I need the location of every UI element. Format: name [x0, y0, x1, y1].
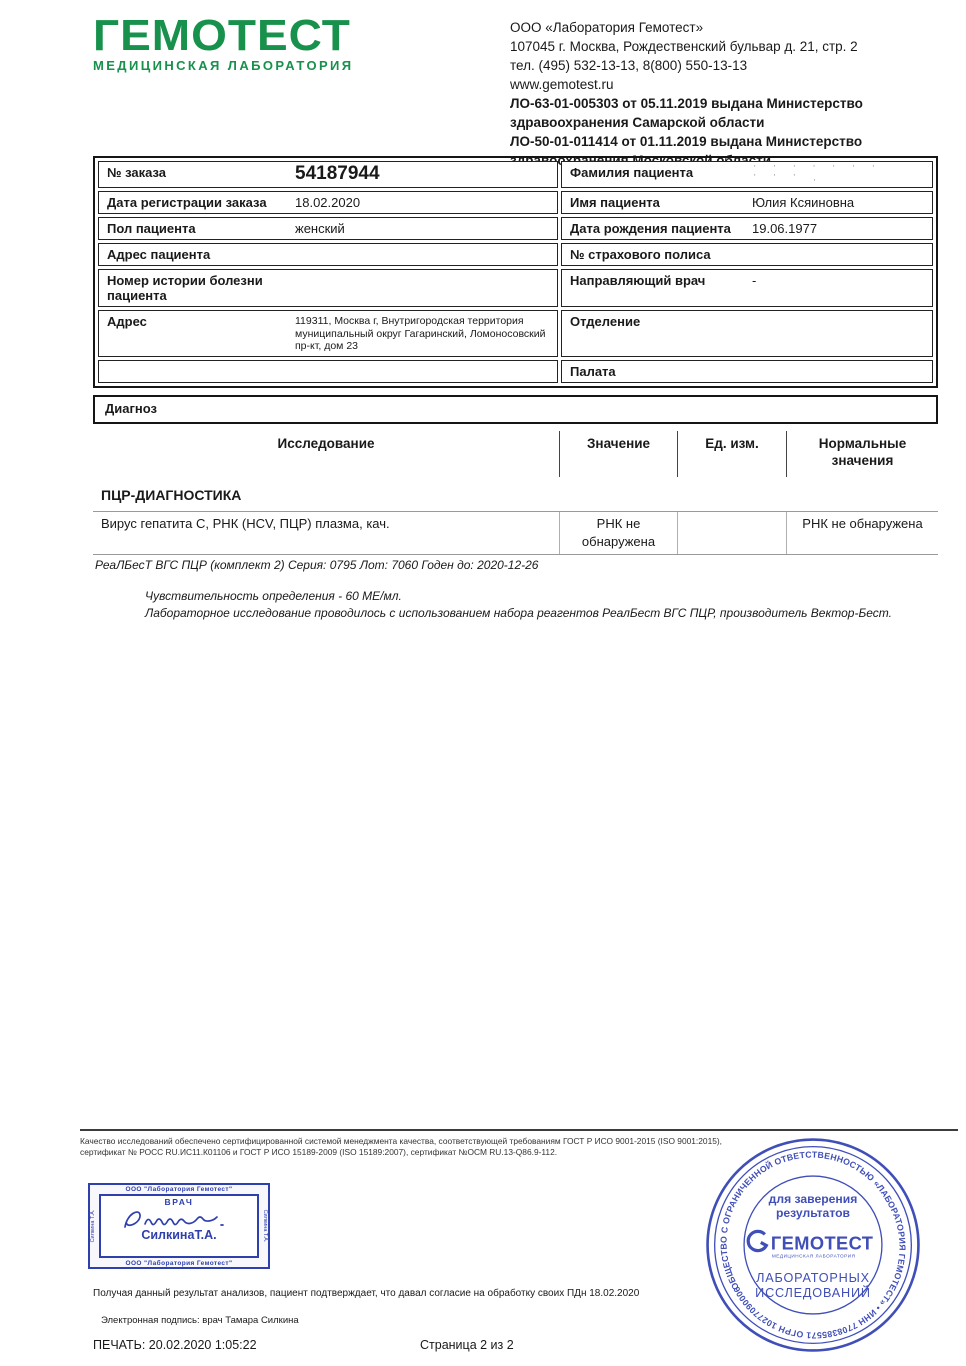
diagnosis-label: Диагноз	[105, 401, 157, 416]
stamp-purpose-line2: результатов	[776, 1206, 850, 1220]
table-row: Номер истории болезни пациента Направляю…	[98, 269, 933, 307]
referring-doctor-value: -	[750, 270, 758, 306]
test-normal-range: РНК не обнаружена	[786, 512, 938, 554]
redacted-surname: ' ' ' ' ' ' ' ' ' ' ,	[750, 162, 888, 187]
electronic-signature-note: Электронная подпись: врач Тамара Силкина	[101, 1315, 299, 1326]
stamp-side-text-left: Силкина Т.А.	[90, 1202, 98, 1250]
gemotest-logo: ГЕМОТЕСТ МЕДИЦИНСКАЯ ЛАБОРАТОРИЯ	[93, 12, 403, 73]
result-row: Вирус гепатита С, РНК (HCV, ПЦР) плазма,…	[93, 511, 938, 555]
stamp-caption-line2: ИССЛЕДОВАНИЙ	[755, 1285, 871, 1300]
history-number-label: Номер истории болезни пациента	[99, 270, 293, 306]
result-comments: Чувствительность определения - 60 МЕ/мл.…	[145, 588, 935, 623]
department-label: Отделение	[562, 311, 750, 356]
print-timestamp: ПЕЧАТЬ: 20.02.2020 1:05:22	[93, 1338, 257, 1352]
section-title-pcr: ПЦР-ДИАГНОСТИКА	[93, 487, 938, 503]
lab-website: www.gemotest.ru	[510, 75, 958, 94]
office-address-label: Адрес	[99, 311, 293, 356]
ward-label: Палата	[562, 361, 750, 382]
birth-date-value: 19.06.1977	[750, 218, 819, 239]
patient-info-table: № заказа 54187944 Фамилия пациента ' ' '…	[93, 156, 938, 388]
report-body: № заказа 54187944 Фамилия пациента ' ' '…	[93, 156, 938, 623]
stamp-org-top: ООО "Лаборатория Гемотест"	[90, 1186, 268, 1193]
test-value: РНК не обнаружена	[559, 512, 677, 554]
reg-date-label: Дата регистрации заказа	[99, 192, 293, 213]
logo-subtitle: МЕДИЦИНСКАЯ ЛАБОРАТОРИЯ	[93, 58, 403, 73]
stamp-logo-g-icon	[748, 1231, 766, 1250]
round-stamp: ОБЩЕСТВО С ОГРАНИЧЕННОЙ ОТВЕТСТВЕННОСТЬЮ…	[704, 1136, 922, 1354]
column-header-value: Значение	[559, 431, 677, 477]
kit-note: РеаЛБесТ ВГС ПЦР (комплект 2) Серия: 079…	[93, 555, 938, 572]
test-name: Вирус гепатита С, РНК (HCV, ПЦР) плазма,…	[93, 512, 559, 554]
lab-address: 107045 г. Москва, Рождественский бульвар…	[510, 37, 958, 56]
lab-name: ООО «Лаборатория Гемотест»	[510, 18, 958, 37]
stamp-logo-subtext: МЕДИЦИНСКАЯ ЛАБОРАТОРИЯ	[772, 1254, 856, 1259]
doctor-name: СилкинаТ.А.	[101, 1228, 257, 1242]
consent-note: Получая данный результат анализов, пацие…	[93, 1288, 639, 1299]
surname-label: Фамилия пациента	[562, 162, 750, 187]
stamp-side-text-right: Силкина Т.А.	[260, 1202, 268, 1250]
table-row: Адрес пациента № страхового полиса	[98, 243, 933, 266]
office-address-value: 119311, Москва г, Внутригородская террит…	[293, 311, 557, 356]
footer-divider	[80, 1129, 958, 1131]
stamp-logo-text: ГЕМОТЕСТ	[771, 1233, 873, 1254]
page-number: Страница 2 из 2	[420, 1338, 514, 1352]
stamp-org-bottom: ООО "Лаборатория Гемотест"	[90, 1260, 268, 1267]
logo-title: ГЕМОТЕСТ	[93, 12, 403, 58]
stamp-purpose-line1: для заверения	[769, 1192, 858, 1206]
first-name-label: Имя пациента	[562, 192, 750, 213]
lab-info-block: ООО «Лаборатория Гемотест» 107045 г. Мос…	[510, 18, 958, 170]
sex-value: женский	[293, 218, 347, 239]
reg-date-value: 18.02.2020	[293, 192, 362, 213]
diagnosis-box: Диагноз	[93, 395, 938, 424]
results-header-row: Исследование Значение Ед. изм. Нормальны…	[93, 431, 938, 477]
table-row: Дата регистрации заказа 18.02.2020 Имя п…	[98, 191, 933, 214]
birth-date-label: Дата рождения пациента	[562, 218, 750, 239]
comment-line: Чувствительность определения - 60 МЕ/мл.	[145, 588, 935, 606]
insurance-label: № страхового полиса	[562, 244, 750, 265]
comment-line: Лабораторное исследование проводилось с …	[145, 605, 935, 623]
test-unit	[677, 512, 786, 554]
lab-phone: тел. (495) 532-13-13, 8(800) 550-13-13	[510, 56, 958, 75]
order-number-value: 54187944	[293, 162, 382, 187]
column-header-study: Исследование	[93, 431, 559, 477]
table-row: № заказа 54187944 Фамилия пациента ' ' '…	[98, 161, 933, 188]
column-header-unit: Ед. изм.	[677, 431, 786, 477]
quality-certification-note: Качество исследований обеспечено сертифи…	[80, 1136, 732, 1157]
column-header-normal: Нормальные значения	[786, 431, 938, 477]
stamp-caption-line1: ЛАБОРАТОРНЫХ	[756, 1271, 870, 1285]
doctor-stamp: ООО "Лаборатория Гемотест" Силкина Т.А. …	[88, 1183, 270, 1269]
first-name-value: Юлия Ксяиновна	[750, 192, 856, 213]
lab-license-1: ЛО-63-01-005303 от 05.11.2019 выдана Мин…	[510, 94, 958, 132]
order-number-label: № заказа	[99, 162, 293, 187]
stamp-inner-box: ВРАЧ СилкинаТ.А.	[99, 1194, 259, 1258]
lab-report-page: ГЕМОТЕСТ МЕДИЦИНСКАЯ ЛАБОРАТОРИЯ ООО «Ла…	[0, 0, 966, 1366]
patient-address-label: Адрес пациента	[99, 244, 293, 265]
referring-doctor-label: Направляющий врач	[562, 270, 750, 306]
table-row: Адрес 119311, Москва г, Внутригородская …	[98, 310, 933, 357]
table-row: Пол пациента женский Дата рождения пацие…	[98, 217, 933, 240]
sex-label: Пол пациента	[99, 218, 293, 239]
table-row: Палата	[98, 360, 933, 383]
